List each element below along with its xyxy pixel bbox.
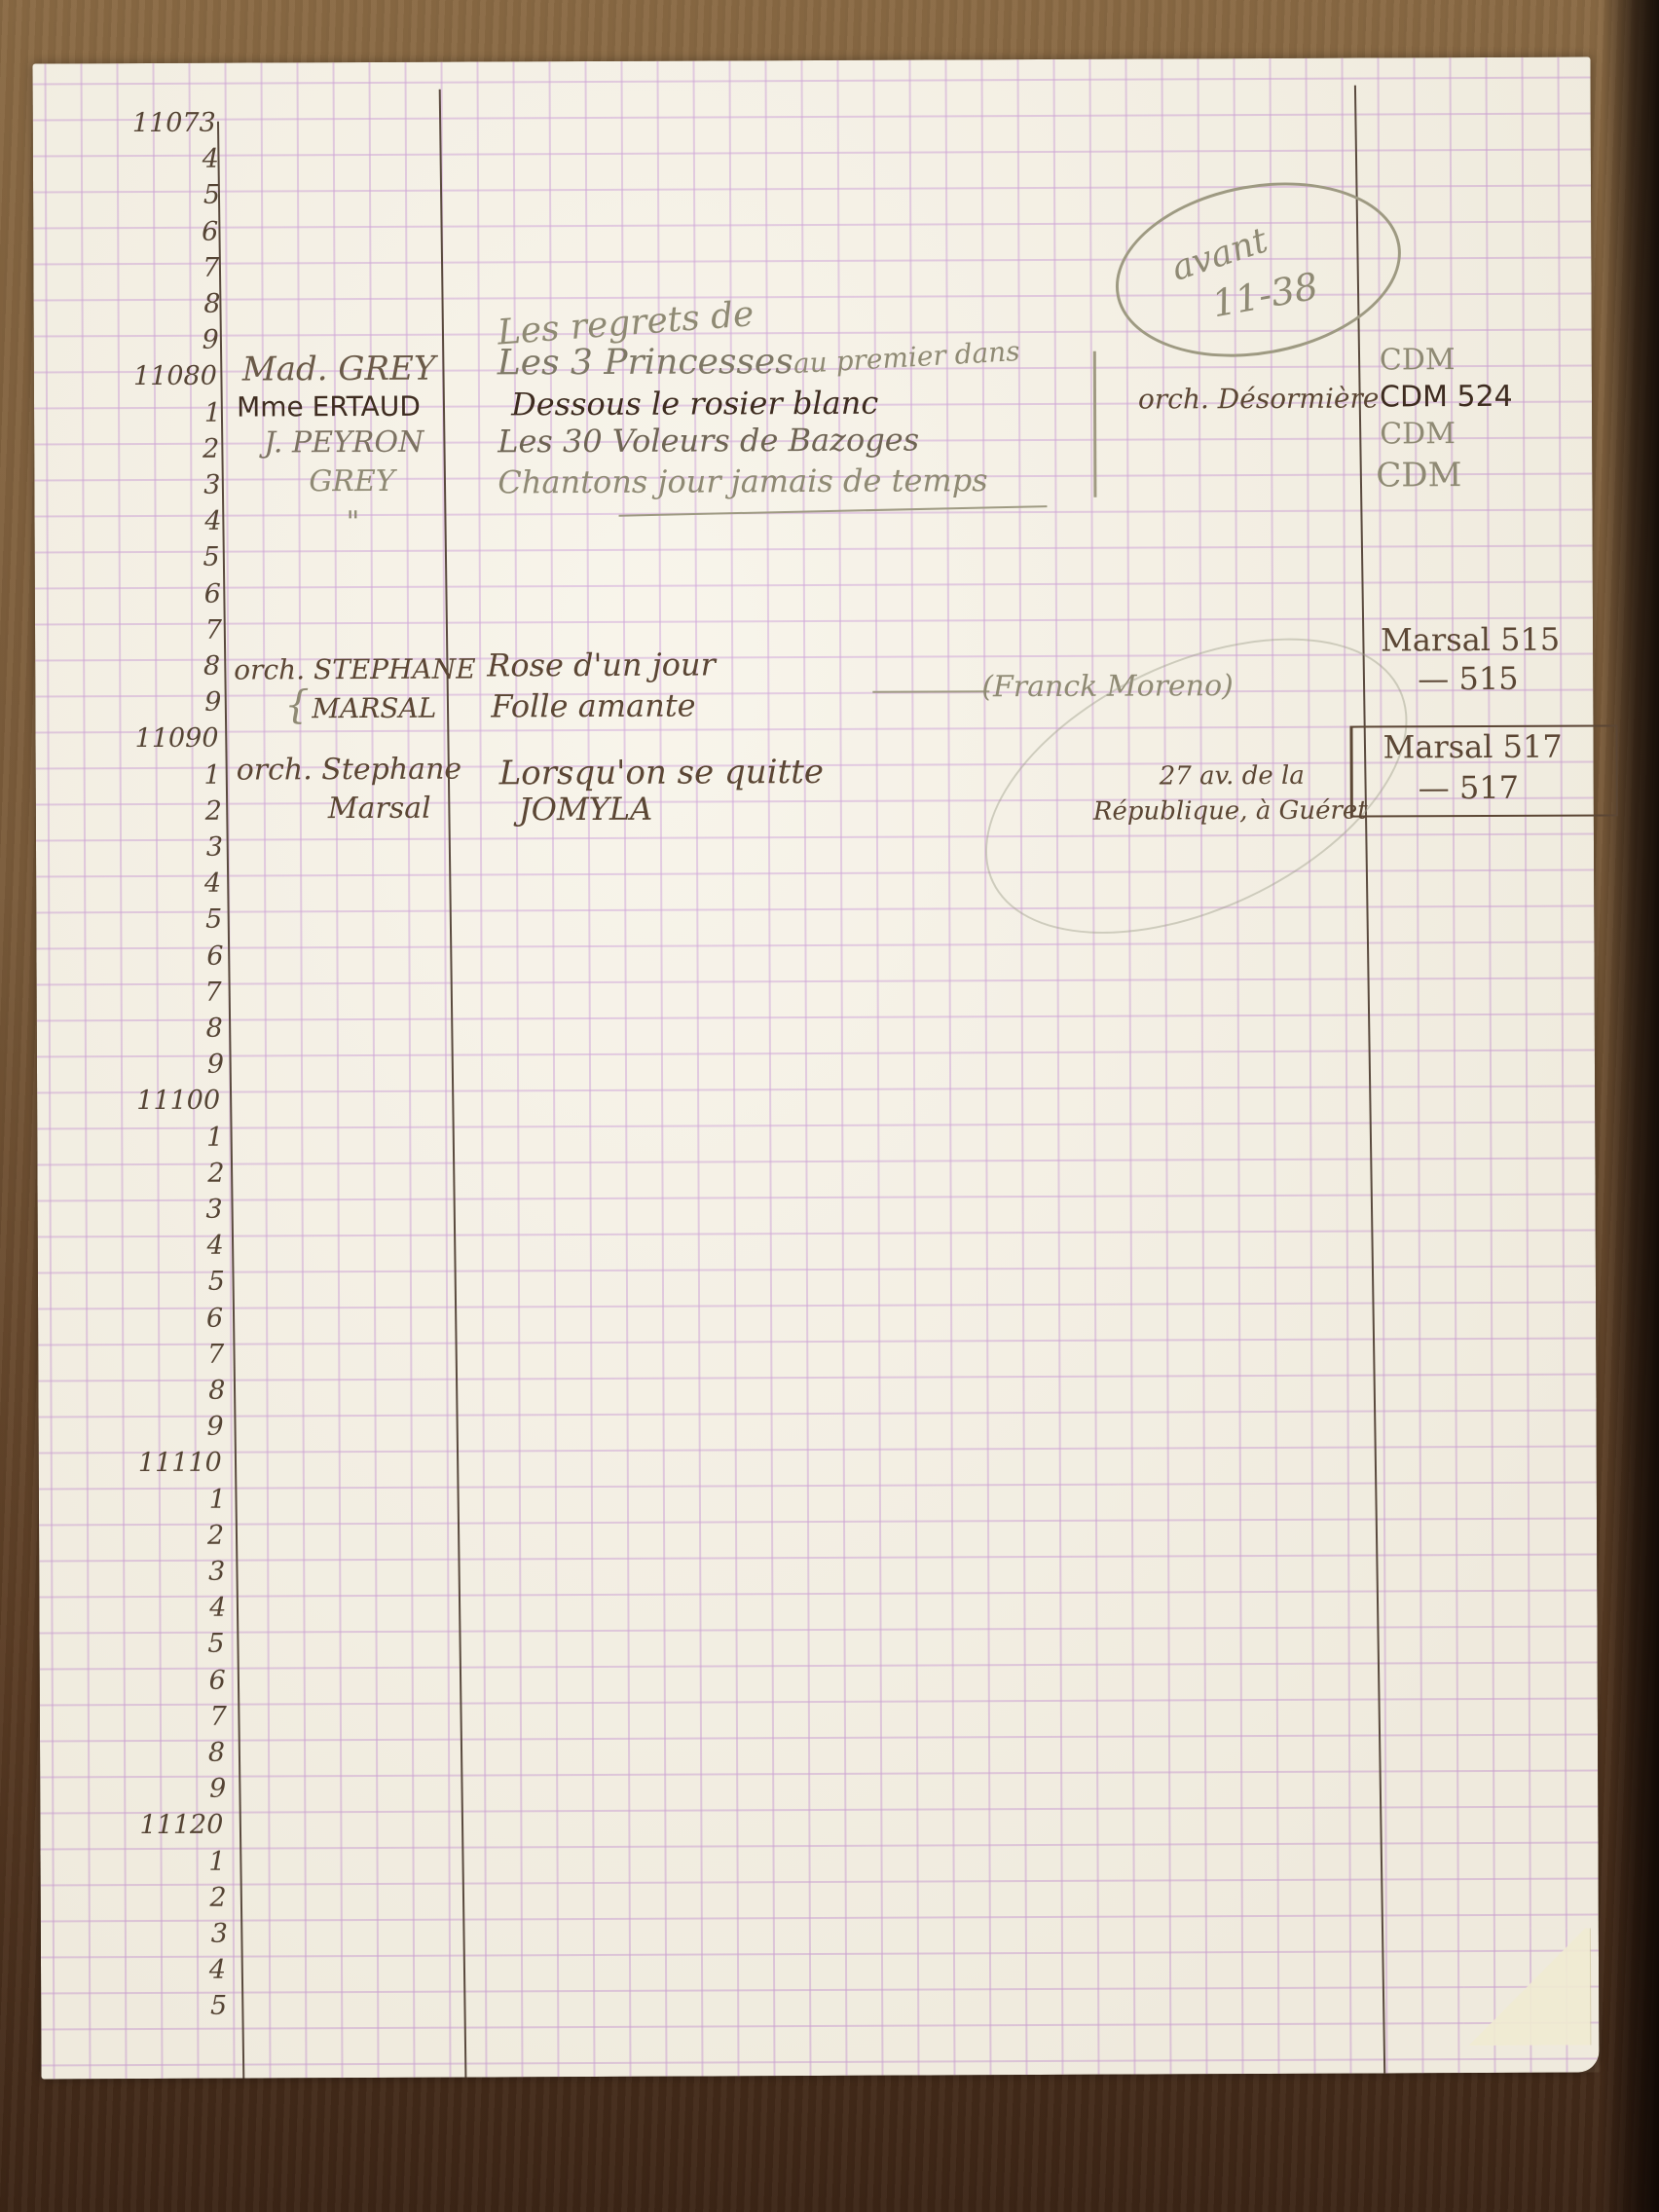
artist-11080: Mad. GREY <box>242 352 436 387</box>
brace-icon: { <box>284 685 310 724</box>
entry-number-column: 1107345678911080123456789110901234567891… <box>32 57 1590 64</box>
entry-number: 3 <box>48 834 223 862</box>
entry-number: 4 <box>49 1233 224 1260</box>
artist-11092: Marsal <box>328 794 431 824</box>
artist-11088: orch. STEPHANE <box>234 656 476 684</box>
label-11091: Marsal 517 <box>1382 731 1562 763</box>
entry-number: 3 <box>50 1559 225 1586</box>
entry-number: 4 <box>46 870 221 898</box>
wood-table-shadow <box>1601 0 1659 2212</box>
entry-number: 7 <box>44 254 219 281</box>
entry-number: 1 <box>51 1486 226 1513</box>
title-11081: Dessous le rosier blanc <box>511 387 878 421</box>
entry-number: 5 <box>50 1269 225 1296</box>
entry-number: 1 <box>50 1848 225 1875</box>
entry-number: 2 <box>52 1884 227 1911</box>
entry-number: 8 <box>50 1378 225 1405</box>
title-11082: Les 30 Voleurs de Bazoges <box>498 424 919 458</box>
entry-number: 5 <box>52 1993 227 2020</box>
entry-number: 5 <box>45 544 220 571</box>
column-rule-artist <box>439 90 467 2078</box>
entry-number: 11090 <box>43 725 218 753</box>
artist-11082: J. PEYRON <box>264 428 424 459</box>
entry-number: 8 <box>46 291 221 318</box>
entry-number: 11100 <box>45 1088 220 1115</box>
artist-11084: " <box>346 508 359 537</box>
entry-number: 4 <box>46 508 221 535</box>
title-11080: Les 3 Princesses <box>498 345 793 381</box>
pencil-underline <box>619 505 1048 517</box>
ledger-page: 1107345678911080123456789110901234567891… <box>32 57 1599 2080</box>
entry-number: 4 <box>51 1595 226 1622</box>
entry-number: 6 <box>51 1667 226 1694</box>
entry-number: 4 <box>51 1957 226 1984</box>
entry-number: 1 <box>48 1124 223 1151</box>
entry-number: 7 <box>49 1341 224 1368</box>
title-11091: Lorsqu'on se quitte <box>499 756 824 790</box>
title-11089: Folle amante <box>491 690 695 722</box>
entry-number: 1 <box>46 761 221 789</box>
entry-number: 9 <box>44 327 219 354</box>
title-11088: Rose d'un jour <box>487 648 716 681</box>
artist-11081: Mme ERTAUD <box>237 393 421 422</box>
entry-number: 11110 <box>47 1450 222 1477</box>
title-11092: JOMYLA <box>519 793 652 826</box>
artist-11091: orch. Stephane <box>237 756 462 786</box>
entry-number: 8 <box>45 653 220 681</box>
pencil-bracket-line <box>1093 351 1097 498</box>
title-11080-note: au premier dans <box>793 338 1020 378</box>
entry-number: 7 <box>52 1703 227 1730</box>
entry-number: 11073 <box>41 110 216 137</box>
entry-number: 8 <box>48 1015 223 1043</box>
entry-number: 11120 <box>48 1812 223 1839</box>
entry-number: 7 <box>47 978 222 1006</box>
entry-number: 5 <box>50 1631 225 1658</box>
entry-number: 1 <box>46 399 221 426</box>
label-11082: CDM <box>1380 420 1456 449</box>
label-11088: Marsal 515 <box>1381 624 1560 656</box>
orchestra-note: orch. Désormière <box>1138 385 1380 413</box>
label-11092: — 517 <box>1419 772 1519 803</box>
address-line2: République, à Guéret <box>1093 798 1368 825</box>
artist-11083: GREY <box>309 467 394 497</box>
title-11083: Chantons jour jamais de temps <box>498 464 987 498</box>
entry-number: 8 <box>50 1740 225 1767</box>
entry-number: 9 <box>46 689 221 717</box>
label-11080: CDM <box>1380 346 1456 375</box>
entry-number: 9 <box>51 1776 226 1803</box>
entry-number: 5 <box>45 182 220 209</box>
entry-number: 6 <box>43 218 218 245</box>
artist-11089: MARSAL <box>312 695 436 723</box>
entry-number: 5 <box>47 906 222 934</box>
entry-number: 3 <box>48 1197 223 1224</box>
entry-number: 2 <box>44 435 219 462</box>
entry-number: 6 <box>48 942 223 970</box>
entry-number: 7 <box>47 616 222 644</box>
entry-number: 2 <box>49 1522 224 1549</box>
entry-number: 4 <box>44 146 219 173</box>
entry-number: 2 <box>49 1160 224 1187</box>
entry-number: 11080 <box>42 363 217 390</box>
folded-corner <box>1463 1929 1592 2046</box>
label-11089: — 515 <box>1418 663 1518 694</box>
entry-number: 3 <box>53 1921 228 1948</box>
entry-number: 2 <box>47 797 222 825</box>
label-11083: CDM <box>1376 459 1461 492</box>
entry-number: 6 <box>46 580 221 608</box>
entry-number: 9 <box>49 1414 224 1441</box>
circled-note <box>1101 161 1415 379</box>
entry-number: 3 <box>45 472 220 499</box>
label-11081: CDM 524 <box>1380 383 1513 413</box>
entry-number: 6 <box>48 1305 223 1332</box>
entry-number: 9 <box>49 1051 224 1079</box>
address-line1: 27 av. de la <box>1160 763 1305 790</box>
pencil-arrow-line <box>872 690 989 693</box>
